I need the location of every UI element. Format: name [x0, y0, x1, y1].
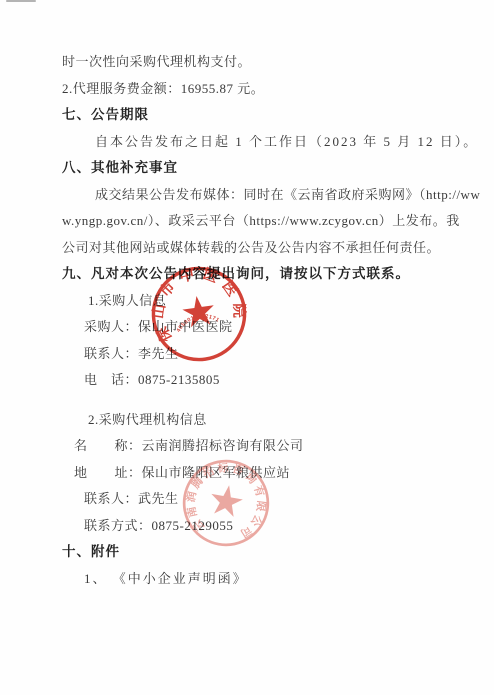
announcement-period-text: 自本公告发布之日起 1 个工作日（2023 年 5 月 12 日）。 — [62, 129, 484, 156]
document-body: 时一次性向采购代理机构支付。 2.代理服务费金额：16955.87 元。 七、公… — [62, 49, 484, 592]
continuation-line: 时一次性向采购代理机构支付。 — [62, 49, 484, 76]
purchaser-info-subheading: 1.采购人信息 — [62, 288, 484, 315]
section-heading-attachments: 十、附件 — [62, 539, 484, 566]
scan-edge-artifact — [6, 0, 36, 2]
media-line-2: w.yngp.gov.cn/）、政采云平台（https://www.zcygov… — [62, 208, 484, 235]
media-line-3: 公司对其他网站或媒体转载的公告及公告内容不承担任何责任。 — [62, 235, 484, 262]
agency-name-line: 名 称：云南润腾招标咨询有限公司 — [62, 433, 484, 460]
attachment-item-line: 1、 《中小企业声明函》 — [62, 566, 484, 593]
agency-fee-line: 2.代理服务费金额：16955.87 元。 — [62, 76, 484, 103]
media-line-1: 成交结果公告发布媒体：同时在《云南省政府采购网》（http://ww — [62, 182, 484, 209]
section-heading-contact: 九、凡对本次公告内容提出询问，请按以下方式联系。 — [62, 261, 484, 288]
purchaser-phone-line: 电 话：0875-2135805 — [62, 367, 484, 394]
scanned-document-page: 时一次性向采购代理机构支付。 2.代理服务费金额：16955.87 元。 七、公… — [0, 0, 494, 695]
agency-contact-line: 联系人：武先生 — [62, 486, 484, 513]
section-heading-other-matters: 八、其他补充事宜 — [62, 155, 484, 182]
purchaser-contact-line: 联系人：李先生 — [62, 341, 484, 368]
agency-info-subheading: 2.采购代理机构信息 — [62, 407, 484, 434]
section-heading-announcement-period: 七、公告期限 — [62, 102, 484, 129]
purchaser-name-line: 采购人：保山市中医医院 — [62, 314, 484, 341]
agency-phone-line: 联系方式：0875-2129055 — [62, 513, 484, 540]
agency-address-line: 地 址：保山市隆阳区军粮供应站 — [62, 460, 484, 487]
